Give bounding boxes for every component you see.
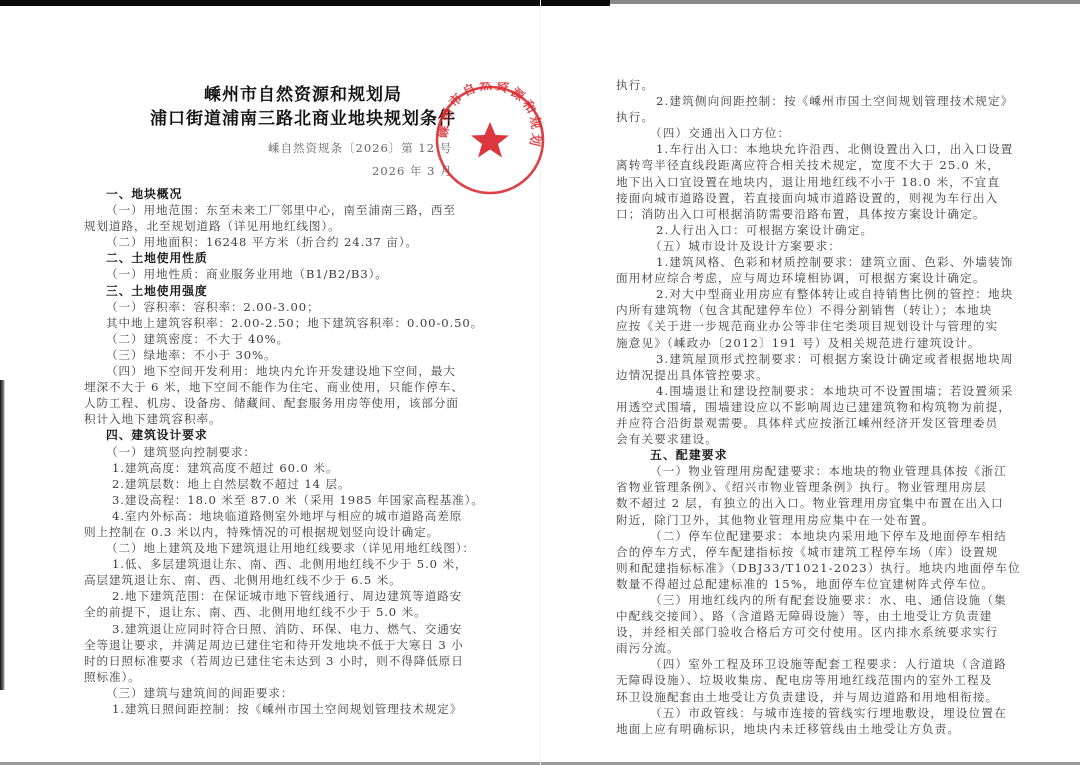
text-line: 1.低、多层建筑退让东、南、西、北侧用地红线不少于 5.0 米， (84, 556, 474, 572)
text-line: 设，并经相关部门验收合格后方可交付使用。区内排水系统要求实行 (616, 624, 1036, 640)
text-line: 边情况提出具体管控要求。 (616, 367, 1036, 383)
section-heading: 五、配建要求 (616, 447, 1036, 463)
section-heading: 一、地块概况 (84, 186, 474, 202)
text-line: 3.建筑屋顶形式控制要求：可根据方案设计确定或者根据地块周 (616, 351, 1036, 367)
text-line: 规划道路，北至规划道路（详见用地红线图）。 (84, 218, 474, 234)
text-line: 数不超过 2 层，有独立的出入口。物业管理用房宜集中布置在出入口 (616, 495, 1036, 511)
text-line: （四）交通出入口方位： (616, 125, 1036, 141)
text-line: 雨污分流。 (616, 640, 1036, 656)
text-line: 2.地下建筑范围：在保证城市地下管线通行、周边建筑等道路安 (84, 588, 474, 604)
text-line: （二）建筑密度：不大于 40%。 (84, 331, 474, 347)
text-line: 离转弯半径直线段距离应符合相关技术规定，宽度不大于 25.0 米， (616, 157, 1036, 173)
text-line: （二）地上建筑及地下建筑退让用地红线要求（详见用地红线图）： (84, 540, 474, 556)
text-line: 全的前提下，退让东、南、西、北侧用地红线不少于 5.0 米。 (84, 604, 474, 620)
text-line: 4.围墙退让和建设控制要求：本地块可不设置围墙；若设置须采 (616, 383, 1036, 399)
text-line: 则和配建指标标准》（DBJ33/T1021-2023）执行。地块内地面停车位 (616, 560, 1036, 576)
section-heading: 四、建筑设计要求 (84, 427, 474, 443)
scan-shadow-left-edge (0, 380, 5, 690)
left-page: 嵊州市自然资源和规划局 浦口街道浦南三路北商业地块规划条件 嵊自然资规条〔202… (84, 0, 474, 765)
text-line: （五）市政管线：与城市连接的管线实行埋地敷设，埋设位置在 (616, 705, 1036, 721)
text-line: 其中地上建筑容积率：2.00-2.50；地下建筑容积率：0.00-0.50。 (84, 315, 474, 331)
text-line: 全等退让要求，并满足周边已建住宅和待开发地块不低于大寒日 3 小 (84, 637, 474, 653)
text-line: 无障碍设施）、垃圾收集房、配电房等用地红线范围内的室外工程及 (616, 672, 1036, 688)
text-line: 口；消防出入口可根据消防需要沿路布置，具体按方案设计确定。 (616, 206, 1036, 222)
text-line: 应按《关于进一步规范商业办公等非住宅类项目规划设计与管理的实 (616, 318, 1036, 334)
text-line: （二）用地面积：16248 平方米（折合约 24.37 亩）。 (84, 234, 474, 250)
text-line: 附近，除门卫外，其他物业管理用房应集中在一处布置。 (616, 512, 1036, 528)
text-line: 并应符合沿街景观需要。具体样式应按浙江嵊州经济开发区管理委员 (616, 415, 1036, 431)
text-line: （三）建筑与建筑间的间距要求： (84, 685, 474, 701)
text-line: （一）用地性质：商业服务业用地（B1/B2/B3）。 (84, 266, 474, 282)
right-page: 执行。2.建筑侧向间距控制：按《嵊州市国土空间规划管理技术规定》执行。（四）交通… (616, 0, 1036, 765)
issuer-title: 嵊州市自然资源和规划局 (204, 80, 402, 105)
text-line: 数量不得超过总配建标准的 15%，地面停车位宜建树阵式停车位。 (616, 576, 1036, 592)
text-line: 执行。 (616, 109, 1036, 125)
text-line: 施意见》（嵊政办〔2012〕191 号）及相关规范进行建筑设计。 (616, 335, 1036, 351)
text-line: （一）物业管理用房配建要求：本地块的物业管理具体按《浙江 (616, 463, 1036, 479)
text-line: 用透空式围墙，围墙建设应以不影响周边已建建筑物和构筑物为前提， (616, 399, 1036, 415)
text-line: 中配线交接间）、路（含道路无障碍设施）等，由土地受让方负责建 (616, 608, 1036, 624)
text-line: 3.建筑退让应同时符合日照、消防、环保、电力、燃气、交通安 (84, 621, 474, 637)
text-line: 则上控制在 0.3 米以内，特殊情况的可根据规划竖向设计确定。 (84, 524, 474, 540)
text-line: 人防工程、机房、设备房、储藏间、配套服务用房等使用，该部分面 (84, 395, 474, 411)
text-line: 执行。 (616, 77, 1036, 93)
text-line: 会有关要求建设。 (616, 431, 1036, 447)
text-line: （四）地下空间开发利用：地块内允许开发建设地下空间，最大 (84, 363, 474, 379)
text-line: 2.建筑侧向间距控制：按《嵊州市国土空间规划管理技术规定》 (616, 93, 1036, 109)
text-line: 地面上应有明确标识，地块内未迁移管线由土地受让方负责。 (616, 721, 1036, 737)
text-line: 2.建筑层数：地上自然层数不超过 14 层。 (84, 476, 474, 492)
section-heading: 二、土地使用性质 (84, 250, 474, 266)
text-line: （四）室外工程及环卫设施等配套工程要求：人行道块（含道路 (616, 656, 1036, 672)
text-line: （一）容积率：容积率：2.00-3.00； (84, 299, 474, 315)
text-line: 高层建筑退让东、南、西、北侧用地红线不少于 6.5 米。 (84, 572, 474, 588)
text-line: 3.建设高程：18.0 米至 87.0 米（采用 1985 年国家高程基准）。 (84, 492, 474, 508)
text-line: 1.车行出入口：本地块允许沿西、北侧设置出入口，出入口设置 (616, 141, 1036, 157)
text-line: 埋深不大于 6 米，地下空间不能作为住宅、商业使用，只能作停车、 (84, 379, 474, 395)
section-heading: 三、土地使用强度 (84, 283, 474, 299)
text-line: 4.室内外标高：地块临道路侧室外地坪与相应的城市道路高差原 (84, 508, 474, 524)
text-line: 环卫设施配套由土地受让方负责建设，并与周边道路和用地相衔接。 (616, 689, 1036, 705)
text-line: 接面向城市道路设置，若直接面向城市道路设置的，则视为车行出入 (616, 190, 1036, 206)
text-line: 省物业管理条例》、《绍兴市物业管理条例》执行。物业管理用房层 (616, 479, 1036, 495)
document-number: 嵊自然资规条〔2026〕第 12 号 (268, 140, 452, 156)
text-line: 地下出入口宜设置在地块内，退让用地红线不小于 18.0 米，不宜直 (616, 174, 1036, 190)
left-page-body: 一、地块概况（一）用地范围：东至未来工厂邻里中心，南至浦南三路，西至规划道路，北… (84, 186, 474, 717)
text-line: （一）用地范围：东至未来工厂邻里中心，南至浦南三路，西至 (84, 202, 474, 218)
text-line: （三）用地红线内的所有配套设施要求：水、电、通信设施（集 (616, 592, 1036, 608)
text-line: （一）建筑竖向控制要求： (84, 444, 474, 460)
document-title: 浦口街道浦南三路北商业地块规划条件 (150, 104, 456, 129)
official-seal-icon: 嵊州市自然资源和规划局 (432, 82, 548, 198)
text-line: 积计入地下建筑容积率。 (84, 411, 474, 427)
text-line: 1.建筑风格、色彩和材质控制要求：建筑立面、色彩、外墙装饰 (616, 254, 1036, 270)
text-line: 1.建筑高度：建筑高度不超过 60.0 米。 (84, 460, 474, 476)
text-line: 面用材应综合考虑，应与周边环境相协调，可根据方案设计确定。 (616, 270, 1036, 286)
text-line: 合的停车方式，停车配建指标按《城市建筑工程停车场（库）设置规 (616, 544, 1036, 560)
right-page-body: 执行。2.建筑侧向间距控制：按《嵊州市国土空间规划管理技术规定》执行。（四）交通… (616, 77, 1036, 737)
text-line: （五）城市设计及设计方案要求： (616, 238, 1036, 254)
text-line: 2.人行出入口：可根据方案设计确定。 (616, 222, 1036, 238)
text-line: 照标准）。 (84, 669, 474, 685)
text-line: 内所有建筑物（包含其配建停车位）不得分割销售（转让）；本地块 (616, 302, 1036, 318)
text-line: 1.建筑日照间距控制：按《嵊州市国土空间规划管理技术规定》 (84, 701, 474, 717)
text-line: 时的日照标准要求（若周边已建住宅未达到 3 小时，则不得降低原日 (84, 653, 474, 669)
text-line: （三）绿地率：不小于 30%。 (84, 347, 474, 363)
text-line: 2.对大中型商业用房应有整体转让或自持销售比例的管控：地块 (616, 286, 1036, 302)
text-line: （二）停车位配建要求：本地块内采用地下停车及地面停车相结 (616, 528, 1036, 544)
